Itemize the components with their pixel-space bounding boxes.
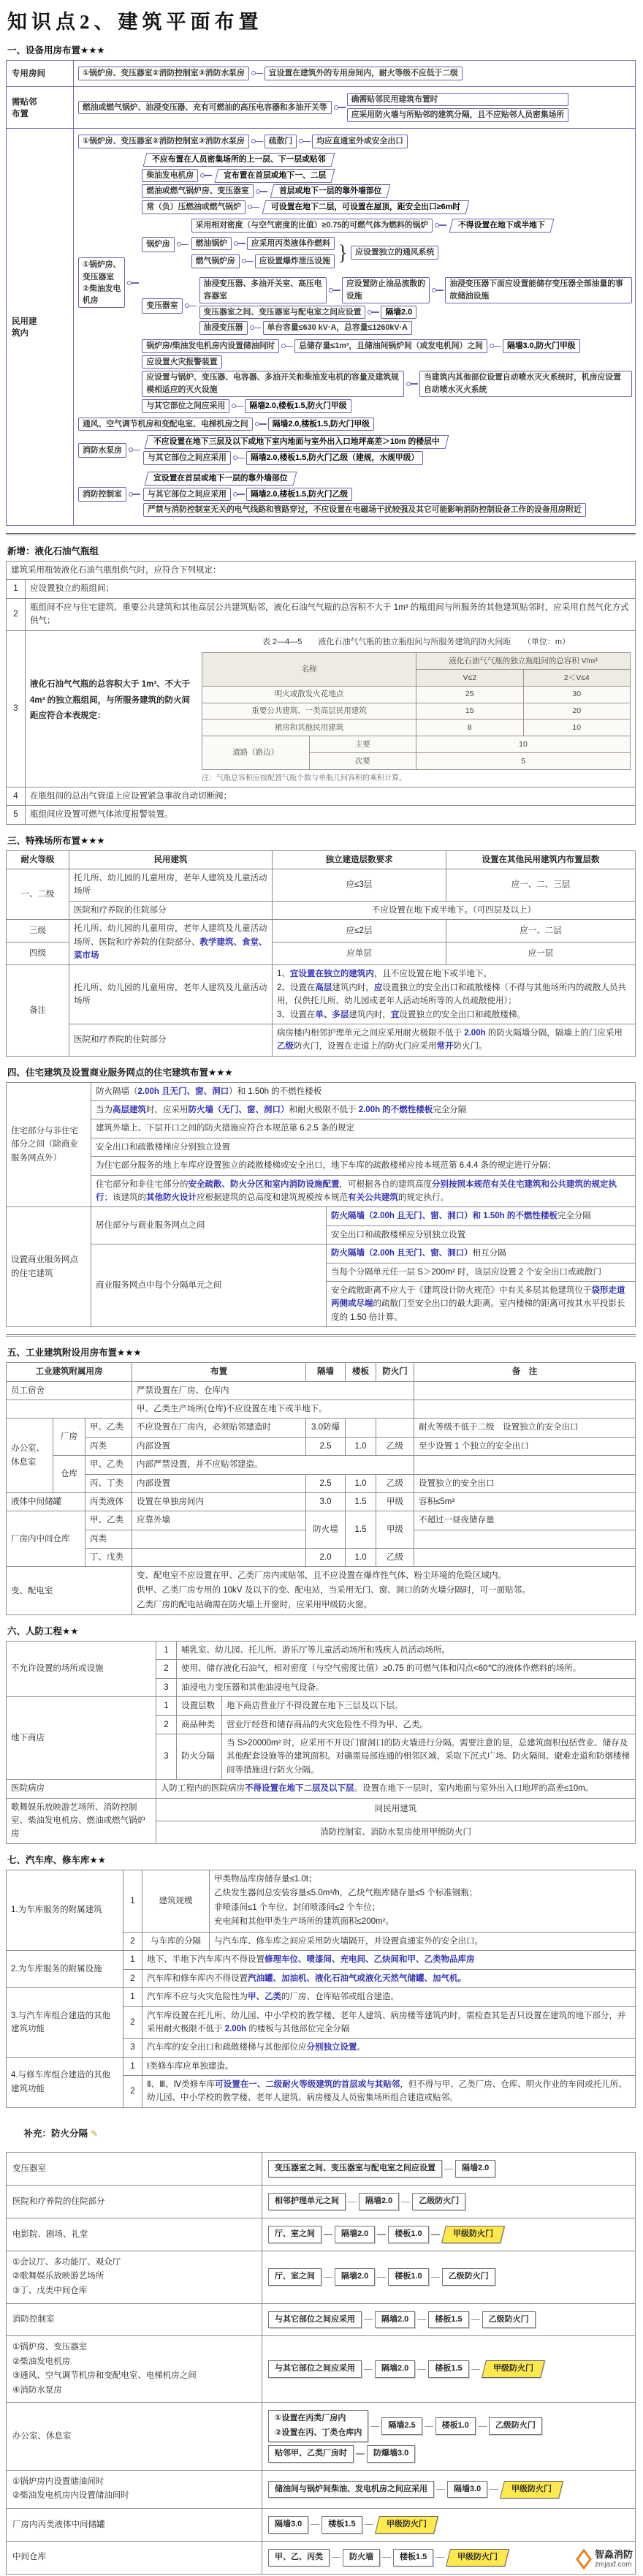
section-6-heading: 六、人防工程★★ (7, 1624, 636, 1637)
flow-box: ①设置在丙类厂房内 ②设置在丙、丁类仓库内 (268, 2410, 368, 2442)
table-cell: 当 S>20000m² 时，应采用不开设门窗洞口的防火墙进行分隔。需要注意的是，… (222, 1734, 636, 1780)
flow-box: 乙级防火门 (412, 2193, 465, 2210)
table-cell: 建筑采用瓶装液化石油气瓶组供气时，应符合下列规定： (7, 562, 636, 580)
list-line: 甲类物品库房储存量≤1.0t； (214, 1873, 631, 1887)
list-line: 非喷漆间≤1 个车位、封闭喷漆间≤2 个车位； (214, 1901, 631, 1916)
flow-box: 楼板1.0 (388, 2268, 428, 2286)
highlight-text: 宜 (391, 1011, 400, 1019)
table-cell: 民用建筑 (69, 850, 273, 869)
table-cell: 防火门 (376, 1363, 414, 1381)
table-row: 为住宅部分服务的地上车库应设置独立的疏散楼梯或安全出口，地下车库的疏散楼梯应按本… (7, 1157, 636, 1175)
table-cell: 员工宿舍 (7, 1381, 132, 1400)
table-cell: 隔墙3.0楼板1.5甲级防火门 (262, 2508, 636, 2541)
flow-box: 楼板1.5 (428, 2360, 468, 2378)
section-1-heading: 一、设备用房布置★★★ (7, 43, 636, 56)
mindmap-line: 燃油锅炉应采用丙类液体作燃料燃气锅炉房应设置爆炸泄压设施}应设置独立的通风系统 (191, 235, 632, 271)
mindmap-slant-box: 首层或地下一层的靠外墙部位 (270, 184, 390, 198)
garage: 1.为车库服务的附属建筑1建筑规模甲类物品库房储存量≤1.0t；乙炔发生器间总安… (6, 1870, 636, 2108)
section-7-heading: 七、汽车库、修车库★★ (7, 1853, 636, 1866)
table-cell: 厂房内丙类液体中间储罐 (7, 2508, 262, 2541)
table-row: 当为高层建筑时，应采用防火墙（无门、窗、洞口）和耐火极限不低于 2.00h 的不… (7, 1101, 636, 1119)
flow-connector (364, 2319, 373, 2320)
table-row: 工业建筑附属用房布置隔墙楼板防火门备 注 (7, 1363, 636, 1381)
table-cell: 2 (7, 598, 26, 630)
table-row: 甲、乙类生产场所(仓库)不应设置在地下或半地下。 (7, 1400, 636, 1418)
table-row: 1应设置独立的瓶组间； (7, 580, 636, 598)
table-cell: 丁、戊类 (85, 1549, 132, 1567)
table-cell: ①设置在丙类厂房内 ②设置在丙、丁类仓库内隔墙2.5楼板1.0乙级防火门贴邻甲、… (262, 2403, 636, 2470)
flow-connector (348, 2202, 357, 2202)
flow-box: 与其它部位之间应采用 (268, 2311, 362, 2329)
watermark-text: 智淼消防 zmjaxf.com (595, 2550, 633, 2569)
highlight-text: 其他防火设计 (146, 1193, 197, 1202)
mindmap-box: 燃油或燃气锅炉、油浸变压器、充有可燃油的高压电容器和多油开关等 (78, 101, 332, 115)
list-line: ①锅炉房内设置储油间时 (12, 2475, 256, 2490)
table-cell: 不应设置在地下或半地下。（可四层及以上） (273, 901, 636, 919)
mindmap-box: 应采用防火墙与所贴邻的建筑分隔，且不应贴邻人员密集场所 (347, 108, 569, 122)
highlight-text: 可设置在一、二级耐火等级建筑的首层或与其贴邻 (215, 2080, 400, 2089)
connector-icon (407, 383, 418, 385)
table-cell (414, 1400, 636, 1418)
flow-box: 楼板1.5 (321, 2516, 362, 2534)
mindmap-slant-box: 宜设置在首层或地下一层的靠外墙部位 (145, 472, 297, 486)
connector-icon (330, 290, 340, 291)
watermark-brand: 智淼消防 (595, 2550, 633, 2561)
mindmap-line: 宜设置在首层或地下一层的靠外墙部位 (143, 472, 632, 486)
list-line: ③通风、空气调节机房和变配电室、电梯机房之间 (12, 2369, 256, 2384)
table-cell: 乙级 (376, 1474, 414, 1492)
table-body: 建筑采用瓶装液化石油气瓶组供气时，应符合下列规定：1应设置独立的瓶组间；2瓶组间… (7, 562, 636, 825)
mindmap-line: 与其它部位之间应采用隔墙2.0,楼板1.5,防火门甲级 (142, 399, 632, 413)
table-cell: 消防控制室、消防水泵房使用甲级防火门 (156, 1821, 636, 1843)
table-cell: 甲、乙类 (85, 1511, 132, 1530)
table-cell: 工业建筑附属用房 (7, 1363, 132, 1381)
brace-lines: 燃油锅炉应采用丙类液体作燃料燃气锅炉房应设置爆炸泄压设施 (191, 235, 335, 271)
table-cell (346, 1419, 376, 1437)
table-cell: 甲级 (376, 1511, 414, 1549)
table-cell (7, 1400, 132, 1418)
pencil-icon: ✎ (91, 2129, 98, 2139)
flow-box: 厅、室之间 (268, 2226, 321, 2243)
mindmap-box: 应设置防止油品流散的设施 (342, 277, 430, 303)
table-cell: 消防控制室 (7, 2303, 262, 2336)
class-a-fire-door-badge: 甲级防火门 (482, 2360, 545, 2378)
lpg-bottle-group-table: 建筑采用瓶装液化石油气瓶组供气时，应符合下列规定：1应设置独立的瓶组间；2瓶组间… (6, 561, 636, 825)
mindmap-line: 燃油或燃气锅炉房、变压器室首层或地下一层的靠外墙部位 (142, 184, 632, 198)
highlight-text: 教学建筑、食堂、菜市场 (74, 938, 267, 960)
mindmap-box: 应设置爆炸泄压设施 (255, 254, 335, 268)
flow-box: 乙级防火门 (489, 2417, 542, 2435)
class-a-fire-door-badge: 甲级防火门 (500, 2481, 563, 2498)
table-cell: 与汽车库、修车库之间应采用防火墙隔开，并设置直通室外的安全出口。 (210, 1932, 636, 1950)
table-cell: 设置在其他民用建筑内布置层数 (446, 850, 636, 869)
table-cell: 建筑规模 (142, 1870, 210, 1932)
table-cell: 储油间与锅炉间柴油、发电机房之间应采用隔墙3.0甲级防火门 (262, 2470, 636, 2508)
table-cell: 重要公共建筑、一类高层民用建筑 (202, 703, 416, 719)
mindmap-box: 单台容量≤630 kV·A，总容量≤1260kV·A (263, 321, 412, 335)
table-row: 医院和疗养院的住院部分不应设置在地下或半地下。（可四层及以上） (7, 901, 636, 919)
table-cell: 相邻护理单元之间隔墙2.0乙级防火门 (262, 2186, 636, 2218)
table-cell: 医院和疗养院的住院部分 (69, 1024, 273, 1056)
table-body: 耐火等级民用建筑独立建造层数要求设置在其他民用建筑内布置层数一、二级托儿所、幼儿… (7, 850, 636, 1056)
flow-box: 楼板1.0 (435, 2417, 476, 2435)
highlight-text: 防火隔墙（2.00h 且无门、窗、洞口）和 1.50h 的不燃性楼板 (331, 1212, 558, 1220)
flow-connector (431, 2234, 440, 2235)
flow-connector (370, 2426, 379, 2427)
table-cell: 三级 (7, 920, 69, 943)
table-cell: 应设置独立的瓶组间； (26, 580, 636, 598)
section-divider (6, 533, 636, 535)
table-row: 道路（路边）主要10 (202, 736, 631, 753)
table-cell: 1.0 (346, 1474, 376, 1492)
flow-connector (417, 2319, 426, 2320)
mindmap-box: 燃油锅炉 (191, 237, 232, 251)
table-cell: Ⅰ类修车库应单独建造。 (142, 2057, 636, 2075)
table-row: ①锅炉房、变压器室②柴油发电机房③通风、空气调节机房和变配电室、电梯机房之间④消… (7, 2336, 636, 2403)
supplement-table: 补充：防火分隔✎变压器室变压器室之间、变压器室与配电室之间应设置隔墙2.0医院和… (6, 2118, 636, 2575)
lpg-table: 建筑采用瓶装液化石油气瓶组供气时，应符合下列规定：1应设置独立的瓶组间；2瓶组间… (6, 561, 636, 825)
flow-line: 厅、室之间隔墙2.0楼板1.0甲级防火门 (268, 2226, 629, 2243)
connector-icon (128, 282, 139, 284)
table-cell: 2.0 (306, 1549, 346, 1567)
special-places: 耐火等级民用建筑独立建造层数要求设置在其他民用建筑内布置层数一、二级托儿所、幼儿… (6, 850, 636, 1057)
list-line: 乙炔发生器间总安装容量≤5.0m³/h，乙炔气瓶库储存量≤5 个标准钢瓶； (214, 1886, 631, 1901)
table-row: 医院和疗养院的住院部分病房楼内相邻护理单元之间应采用耐火极限不低于 2.00h … (7, 1024, 636, 1056)
table-row: 一、二级托儿所、幼儿园的儿童用房，老年人建筑及儿童活动场所应≤3层应一、二、三层 (7, 869, 636, 902)
mindmap-line: 不应布置在人员密集场所的上一层、下一层或贴邻 (142, 153, 632, 167)
table-cell: 汽车库的安全出口和疏散楼梯与其他部位应分别独立设置。 (142, 2039, 636, 2057)
row-label: 民用建 筑内 (7, 129, 74, 525)
mindmap-line: 通风、空气调节机房和变配电室、电梯机房之间隔墙2.0,楼板1.5,防火门甲级 (78, 418, 632, 431)
mindmap-line: ①锅炉房、变压器室②消防控制室③消防水泵房宜设置在建筑外的专用房间内，耐火等级不… (78, 67, 632, 80)
flow-line: 相邻护理单元之间隔墙2.0乙级防火门 (268, 2193, 629, 2210)
table-cell: 办公室、休息室 (7, 1419, 53, 1493)
mindmap-line: 应设置与锅炉、变压器、电容器、多油开关和柴油发电机的容量及建筑规模相适应的灭火设… (142, 371, 632, 396)
table-cell: 医院和疗养院的住院部分 (7, 2186, 262, 2218)
table-row: 变、配电室变、配电室不应设置在甲、乙类厂房内或贴邻，且不应设置在爆炸性气体、粉尘… (7, 1567, 636, 1615)
table-cell: 内部严禁设置，并不应贴邻建造。 (132, 1456, 414, 1474)
table-cell: 托儿所、幼儿园的儿童用房，老年人建筑及儿童活动场所 (69, 965, 273, 1024)
table-cell: 丙类 (85, 1530, 132, 1548)
mindmap-box: 与其它部位之间应采用 (143, 451, 231, 465)
mindmap-row: 需贴邻 布置燃油或燃气锅炉、油浸变压器、充有可燃油的高压电容器和多油开关等确需贴… (7, 86, 635, 128)
mindmap-box: 油浸变压器、多油开关室、高压电容器室 (199, 277, 327, 303)
table-cell: 地下商店营业厅不得设置在地下三层及以下层。 (222, 1697, 636, 1715)
table-cell: 变压器室 (7, 2153, 262, 2186)
table-cell: 主要 (309, 736, 416, 753)
mindmap-line: 油浸变压器、多油开关室、高压电容器室应设置防止油品流散的设施油浸变压器下面应设置… (199, 277, 632, 303)
table-row: 厂房内中间仓库甲、乙类应靠外墙防火墙1.5甲级不超过一昼夜储存量 (7, 1511, 636, 1530)
table-cell: 地下商店 (7, 1697, 156, 1780)
table-body: 补充：防火分隔✎变压器室变压器室之间、变压器室与配电室之间应设置隔墙2.0医院和… (7, 2118, 636, 2574)
table-cell: 2 (123, 1969, 142, 1987)
connector-icon (435, 224, 446, 226)
garage-table: 1.为车库服务的附属建筑1建筑规模甲类物品库房储存量≤1.0t；乙炔发生器间总安… (6, 1870, 636, 2108)
highlight-text: 2.00h (464, 1029, 485, 1038)
table-row: 商业服务网点中每个分隔单元之间防火隔墙（2.00h 且无门、窗、洞口）相互分隔 (7, 1244, 636, 1263)
special-places-table: 耐火等级民用建筑独立建造层数要求设置在其他民用建筑内布置层数一、二级托儿所、幼儿… (6, 850, 636, 1057)
table-cell: 道路（路边） (202, 736, 310, 770)
highlight-text: 常开 (437, 1042, 454, 1051)
highlight-text: 防火隔墙（2.00h 且无门、窗、洞口） (331, 1249, 473, 1258)
table-cell: 1 (123, 1988, 142, 2006)
table-cell: 在瓶组间的总出气管道上应设置紧急事故自动切断阀； (26, 787, 636, 805)
mindmap-branch: 消防控制室宜设置在首层或地下一层的靠外墙部位与其它部位之间应采用隔墙2.0,楼板… (78, 469, 632, 519)
mindmap-line: 采用相对密度（与空气密度的比值）≥0.75的可燃气体为燃料的锅炉不得设置在地下或… (191, 219, 632, 233)
table-row: ①锅炉房内设置储油间时②柴油发电机房内设置储油间时储油间与锅炉间柴油、发电机房之… (7, 2470, 636, 2508)
connector-icon (243, 261, 254, 262)
brace-group: 燃油锅炉应采用丙类液体作燃料燃气锅炉房应设置爆炸泄压设施}应设置独立的通风系统 (191, 235, 439, 271)
mindmap-box: 燃气锅炉房 (191, 254, 240, 268)
table-cell: 地下、半地下汽车库内不得设置修理车位、喷漆间、充电间、乙炔间和甲、乙类物品库房 (142, 1951, 636, 1969)
mindmap-line: 燃油锅炉应采用丙类液体作燃料 (191, 237, 335, 251)
table-row: 明火或散发火花地点2530 (202, 686, 631, 703)
table-body: 1.为车库服务的附属建筑1建筑规模甲类物品库房储存量≤1.0t；乙炔发生器间总安… (7, 1870, 636, 2107)
table-cell: 2 (123, 2006, 142, 2039)
table-cell: 1.0 (346, 1549, 376, 1567)
mindmap-branch: 变压器室油浸变压器、多油开关室、高压电容器室应设置防止油品流散的设施油浸变压器下… (142, 275, 632, 337)
table-cell: 仓库 (53, 1456, 85, 1493)
mindmap-box: 隔墙2.0 (381, 306, 416, 320)
table-row: 建筑采用瓶装液化石油气瓶组供气时，应符合下列规定： (7, 562, 636, 580)
table-cell: 安全疏散距离不应大于《建筑设计防火规范》中有关多层其他建筑位于袋形走道两侧或尽端… (327, 1281, 636, 1326)
table-cell: 办公室、休息室 (7, 2403, 262, 2470)
table-row: 三级托儿所、幼儿园的儿童用房，老年人建筑及儿童活动场所、医院和疗养院的住院部分、… (7, 920, 636, 943)
table-row: 办公室、休息室厂房甲、乙类不应设置在厂房内，必须贴邻建造时3.0防爆耐火等级不低… (7, 1419, 636, 1437)
highlight-text: 2.00h 且无门、窗、洞口 (138, 1087, 229, 1096)
mindmap-box: ①锅炉房、变压器室②消防控制室③消防水泵房 (78, 135, 249, 148)
table-cell: 同民用建筑 (156, 1798, 636, 1821)
flow-line: 与其它部位之间应采用隔墙2.0楼板1.5乙级防火门 (268, 2311, 629, 2329)
connector-icon (234, 458, 245, 459)
flow-box: 贴邻甲、乙类厂房时 (268, 2445, 354, 2463)
flow-box: 乙级防火门 (482, 2311, 536, 2329)
list-line: 充电间和其他甲类生产场所的建筑面积≤200m²。 (214, 1915, 631, 1930)
flow-box: 与其它部位之间应采用 (268, 2360, 362, 2378)
table-cell: 防火隔墙（2.00h 且无门、窗、洞口）相互分隔 (327, 1244, 636, 1263)
mindmap-node: 消防控制室 (78, 487, 126, 502)
table-cell: 厂房内中间仓库 (7, 1511, 85, 1567)
table-cell: 独立建造层数要求 (273, 850, 446, 869)
lpg-inner-table-wrap: 表 2—4—5 液化石油气气瓶的独立瓶组间与所服务建筑的防火间距 （单位：m）名… (202, 633, 631, 785)
table-row: 医院和疗养院的住院部分相邻护理单元之间隔墙2.0乙级防火门 (7, 2186, 636, 2218)
flow-line: 变压器室之间、变压器室与配电室之间应设置隔墙2.0 (268, 2160, 629, 2177)
slant-text: 不得设置在地下或半地下 (458, 219, 545, 232)
flow-box: 隔墙2.5 (381, 2417, 422, 2435)
flow-box: 楼板1.5 (428, 2311, 468, 2329)
flow-connector (478, 2426, 487, 2427)
mindmap-box: 隔墙2.0,楼板1.5,防火门甲级 (245, 399, 351, 413)
table-cell: 2.5 (306, 1474, 346, 1492)
highlight-text: 2.00h (225, 2025, 246, 2033)
mindmap-box: 与其它部位之间应采用 (142, 399, 229, 413)
table-cell (414, 1549, 636, 1567)
table-cell: 1 (7, 580, 26, 598)
mindmap-node: ①锅炉房、 变压器室 ②柴油发电 机房 (78, 257, 125, 308)
table-cell: 1、宜设置在独立的建筑内，且不应设置在地下或半地下。 2、设置在高层建筑内时，应… (273, 965, 636, 1024)
table-cell: 四级 (7, 943, 69, 965)
highlight-text: 乙级 (277, 1042, 294, 1051)
equipment-rooms-mindmap: 专用房间①锅炉房、变压器室②消防控制室③消防水泵房宜设置在建筑外的专用房间内，耐… (6, 60, 636, 526)
mindmap-line: 柴油发电机房宜布置在首层或地下一、二层 (142, 169, 632, 183)
flow-connector (436, 2489, 445, 2490)
table-cell: 容积≤5m³ (414, 1492, 636, 1511)
flow-line: 厅、室之间隔墙2.0楼板1.0乙级防火门 (268, 2268, 629, 2286)
connector-icon (433, 290, 444, 291)
table-cell: 3.与汽车库组合建造的其他建筑功能 (7, 1988, 123, 2058)
table-cell: 汽车库不应与火灾危险性为甲、乙类的厂房、仓库贴邻或组合建造。 (142, 1988, 636, 2006)
table-cell: 名称 (202, 653, 416, 687)
mindmap-box: 严禁与消防控制室无关的电气线路和管路穿过，不应设置在电磁场干扰较强及其它可能影响… (143, 503, 586, 517)
table-cell: 裙房和其他民用建筑 (202, 719, 416, 736)
table-cell: 20 (523, 703, 631, 719)
list-line: ①会议厅、多功能厅、观众厅 (12, 2256, 256, 2270)
mindmap-line: 油浸变压器单台容量≤630 kV·A，总容量≤1260kV·A (199, 321, 632, 335)
table-cell: 1.为车库服务的附属建筑 (7, 1870, 123, 1951)
flow-box: 隔墙3.0 (447, 2481, 487, 2498)
flow-line: ①设置在丙类厂房内 ②设置在丙、丁类仓库内隔墙2.5楼板1.0乙级防火门 (268, 2410, 629, 2442)
table-cell: 汽车库和修车库内不得设置汽油罐、加油机、液化石油气或液化天然气储罐、加气机。 (142, 1969, 636, 1987)
highlight-text: 安全疏散、防火分区和室内消防设施配置 (189, 1180, 340, 1189)
table-row: 安全出口和疏散楼梯应分别独立设置 (7, 1138, 636, 1156)
table-cell: 5 (7, 806, 26, 824)
flow-connector (401, 2202, 410, 2202)
table-cell: 2 (123, 2076, 142, 2108)
door-text: 甲级防火门 (453, 2227, 493, 2242)
table-cell: 液化石油气气瓶的独立瓶组间的总容积 V/m³ (416, 653, 631, 670)
connector-icon (368, 311, 379, 313)
watermark-site: zmjaxf.com (595, 2561, 633, 2569)
mindmap-branch: 锅炉房采用相对密度（与空气密度的比值）≥0.75的可燃气体为燃料的锅炉不得设置在… (142, 216, 632, 273)
mindmap-box: 隔墙2.0,楼板1.5,防火门乙级 (246, 488, 352, 502)
mindmap-line: 锅炉房/柴油发电机房内设置储油间时总储存量≤1m³，且储油间锅炉间（或发电机间）… (142, 339, 632, 353)
mindmap-branch: 消防水泵房不应设置在地下三层及以下或地下室内地面与室外出入口地坪高差＞10m 的… (78, 433, 632, 467)
table-cell: 1 (123, 1870, 142, 1932)
mindmap-line: 燃气锅炉房应设置爆炸泄压设施 (191, 254, 335, 268)
connector-icon (282, 346, 293, 347)
table-body: 不允许设置的场所或设施1哺乳室、幼儿园、托儿所、游乐厅等儿童活动场所和残疾人员活… (7, 1642, 636, 1844)
connector-icon (129, 450, 140, 451)
table-cell: 营业厅经营和储存商品的火灾危险性不得为甲、乙类。 (222, 1715, 636, 1734)
table-cell: 布置 (132, 1363, 306, 1381)
door-text: 甲级防火门 (387, 2518, 427, 2532)
table-cell: 厅、室之间隔墙2.0楼板1.0乙级防火门 (262, 2251, 636, 2303)
flow-box: 隔墙2.0 (375, 2311, 415, 2329)
table-cell: 应单层 (273, 943, 446, 965)
highlight-text: 应 (374, 983, 383, 992)
table-cell: 防火分隔 (177, 1734, 222, 1780)
civil-defense: 不允许设置的场所或设施1哺乳室、幼儿园、托儿所、游乐厅等儿童活动场所和残疾人员活… (6, 1641, 636, 1844)
table-cell: 备注 (7, 965, 69, 1056)
table-row: 厂房内丙类液体中间储罐隔墙3.0楼板1.5甲级防火门 (7, 2508, 636, 2541)
table-cell: 4.与修车库组合建造的其他建筑功能 (7, 2057, 123, 2107)
flow-connector (377, 2234, 386, 2235)
connector-icon (251, 328, 262, 329)
connector-icon (256, 191, 267, 192)
flow-connector (311, 2524, 319, 2525)
flow-box: 隔墙2.0 (455, 2160, 495, 2177)
table-cell: 防火隔墙（2.00h 且无门、窗、洞口）和 1.50h 的不燃性楼板完全分隔 (327, 1207, 636, 1225)
table-cell: 甲级 (376, 1492, 414, 1511)
mindmap-box: 应采用丙类液体作燃料 (247, 237, 335, 251)
table-row: 歌舞娱乐放映游艺场所、消防控制室、柴油发电机房、燃油或燃气锅炉房同民用建筑 (7, 1798, 636, 1821)
list-line: ②柴油发电机房内设置储油间时 (12, 2489, 256, 2504)
highlight-text: 甲、乙类 (248, 1993, 281, 2001)
table-cell: 液体中间储罐 (7, 1492, 85, 1511)
table-cell: 医院和疗养院的住院部分 (69, 901, 273, 919)
mindmap-slant-box: 可设置在地下二层，可设置在屋顶，距安全出口≥6m时 (262, 200, 470, 214)
table-row: 仓库甲、乙类内部严禁设置，并不应贴邻建造。 (7, 1456, 636, 1474)
highlight-text: 宜设置在独立的建筑内 (290, 970, 374, 978)
connector-icon (129, 494, 140, 495)
table-cell: 3 (123, 2039, 142, 2057)
watermark: 智淼消防 zmjaxf.com (6, 2550, 636, 2569)
mindmap-node: 锅炉房 (142, 237, 174, 252)
table-cell: 明火或散发火花地点 (202, 686, 416, 703)
table-cell (414, 1456, 636, 1474)
table-cell: 3 (7, 630, 26, 787)
flow-connector (417, 2369, 426, 2370)
connector-icon (335, 107, 346, 108)
table-row: 裙房和其他民用建筑810 (202, 719, 631, 736)
table-cell: 油浸电力变压器和其他油浸电气设备。 (177, 1678, 636, 1696)
mindmap-line: 严禁与消防控制室无关的电气线路和管路穿过，不应设置在电磁场干扰较强及其它可能影响… (143, 503, 632, 517)
branch-lines: 不应设置在地下三层及以下或地下室内地面与室外出入口地坪高差＞10m 的楼层中与其… (143, 433, 632, 467)
table-cell: 2.为车库服务的附属设施 (7, 1951, 123, 1988)
highlight-text: 分别独立设置 (307, 2043, 357, 2052)
table-row: 电影院、剧场、礼堂厅、室之间隔墙2.0楼板1.0甲级防火门 (7, 2218, 636, 2251)
highlight-text: 高层建筑 (113, 1106, 146, 1114)
table-cell: 5 (416, 753, 631, 770)
table-cell: 不应设置在厂房内，必须贴邻建造时 (132, 1419, 306, 1437)
connector-icon (235, 243, 246, 244)
connector-icon (178, 244, 189, 246)
mindmap-box: 变压器室之间、变压器室与配电室之间应设置 (199, 306, 366, 320)
table-row: 建筑外墙上、下层开口之间的防火措施应符合本规范第 6.2.5 条的规定 (7, 1119, 636, 1138)
table-cell: 人防工程内的医院病房不得设置在地下二层及以下层。设置在地下一层时，室内地面与室外… (156, 1780, 636, 1798)
connector-icon (201, 175, 212, 176)
table-row: 丙类内部设置2.51.0乙级至少设置 1 个独立的安全出口 (7, 1437, 636, 1455)
table-cell: 1.5 (346, 1492, 376, 1511)
row-content: ①锅炉房、变压器室②消防控制室③消防水泵房宜设置在建筑外的专用房间内，耐火等级不… (74, 61, 635, 86)
table-cell: 厂房 (53, 1419, 85, 1456)
mindmap-line: 与其它部位之间应采用隔墙2.0,楼板1.5,防火门乙级（建规，水规甲级） (143, 451, 632, 465)
flow-box: 变压器室之间、变压器室与配电室之间应设置 (268, 2160, 442, 2177)
flow-connector (324, 2234, 332, 2235)
mindmap-box: 应设置火灾报警装置 (142, 355, 221, 369)
table-cell: 1 (156, 1697, 177, 1715)
table-body: 工业建筑附属用房布置隔墙楼板防火门备 注员工宿舍严禁设置在厂房、仓库内甲、乙类生… (7, 1363, 636, 1615)
mindmap-slant-box: 不得设置在地下或半地下 (449, 219, 554, 233)
table-row: 变压器室变压器室之间、变压器室与配电室之间应设置隔墙2.0 (7, 2153, 636, 2186)
highlight-text: 防火墙（无门、窗、洞口） (189, 1106, 289, 1114)
highlight-text: 高层 (315, 983, 332, 992)
highlight-text: 修理车位、喷漆间、充电间、乙炔间和甲、乙类物品库房 (265, 1955, 475, 1964)
mindmap-slant-box: 不应布置在人员密集场所的上一层、下一层或贴邻 (143, 153, 335, 167)
mindmap-box: 与其它部位之间应采用 (143, 488, 231, 502)
connector-icon (234, 494, 245, 495)
flow-connector (364, 2369, 373, 2370)
table-cell: 甲类物品库房储存量≤1.0t；乙炔发生器间总安装容量≤5.0m³/h，乙炔气瓶库… (210, 1870, 636, 1932)
mindmap-box: 燃油或燃气锅炉房、变压器室 (142, 184, 253, 198)
table-cell: 耐火等级 (7, 850, 69, 869)
flow-connector (444, 2169, 453, 2169)
branch-lines: 油浸变压器、多油开关室、高压电容器室应设置防止油品流散的设施油浸变压器下面应设置… (199, 275, 632, 337)
table-row: 液体中间储罐丙类液体设置在单独房间内3.01.5甲级容积≤5m³ (7, 1492, 636, 1511)
table-cell: 应靠外墙 (132, 1511, 306, 1530)
table-cell: 8 (416, 719, 524, 736)
table-cell (414, 1530, 636, 1548)
